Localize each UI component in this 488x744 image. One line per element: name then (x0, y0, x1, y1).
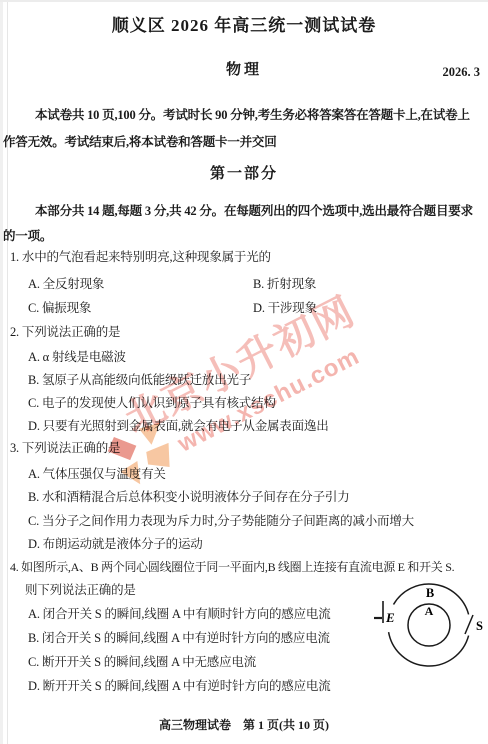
question-2-stem: 2. 下列说法正确的是 (10, 325, 120, 340)
question-1-option-c: C. 偏振现象 (28, 301, 91, 316)
question-1-option-b: B. 折射现象 (253, 277, 316, 292)
question-2-option-b: B. 氢原子从高能级向低能级跃迁放出光子 (28, 373, 251, 388)
source-e-label: E (385, 610, 395, 625)
page-title: 顺义区 2026 年高三统一测试试卷 (0, 16, 488, 36)
coil-a-label: A (425, 604, 434, 618)
question-1-stem: 1. 水中的气泡看起来特别明亮,这种现象属于光的 (10, 250, 271, 265)
exam-paper-page: 北京小升初网 www.xschu.com 顺义区 2026 年高三统一测试试卷 … (0, 0, 488, 744)
question-2-option-d: D. 只要有光照射到金属表面,就会有电子从金属表面逸出 (28, 419, 329, 434)
switch-blade (465, 615, 473, 634)
question-3-option-c: C. 当分子之间作用力表现为斥力时,分子势能随分子间距离的减小而增大 (28, 514, 414, 529)
question-2-option-a: A. α 射线是电磁波 (28, 350, 126, 365)
question-4-stem-line-2: 则下列说法正确的是 (25, 583, 136, 598)
question-1-option-d: D. 干涉现象 (253, 301, 317, 316)
question-4-option-b: B. 闭合开关 S 的瞬间,线圈 A 中有逆时针方向的感应电流 (28, 631, 330, 646)
question-2-option-c: C. 电子的发现使人们认识到原子具有核式结构 (28, 396, 276, 411)
section-heading: 第一部分 (0, 165, 488, 183)
question-1-option-a: A. 全反射现象 (28, 277, 104, 292)
intro-line-2: 作答无效。考试结束后,将本试卷和答题卡一并交回 (3, 135, 277, 150)
question-3-option-d: D. 布朗运动就是液体分子的运动 (28, 537, 203, 552)
section-desc-line-1: 本部分共 14 题,每题 3 分,共 42 分。在每题列出的四个选项中,选出最符… (3, 204, 473, 219)
scan-edge-top (0, 0, 488, 2)
question-4-option-c: C. 断开开关 S 的瞬间,线圈 A 中无感应电流 (28, 655, 256, 670)
exam-date: 2026. 3 (443, 65, 481, 80)
switch-s-label: S (476, 619, 483, 633)
subject-title: 物理 (0, 61, 488, 79)
intro-line-1: 本试卷共 10 页,100 分。考试时长 90 分钟,考生务必将答案答在答题卡上… (3, 108, 470, 123)
page-footer: 高三物理试卷 第 1 页(共 10 页) (0, 718, 488, 732)
question-3-option-b: B. 水和酒精混合后总体积变小说明液体分子间存在分子引力 (28, 490, 350, 505)
question-4-option-d: D. 断开开关 S 的瞬间,线圈 A 中有逆时针方向的感应电流 (28, 679, 331, 694)
question-4-stem-line-1: 4. 如图所示,A、B 两个同心圆线圈位于同一平面内,B 线圈上连接有直流电源 … (10, 560, 454, 574)
section-desc-line-2: 的一项。 (3, 229, 52, 244)
coil-b-label: B (426, 586, 434, 600)
question-3-stem: 3. 下列说法正确的是 (10, 441, 120, 456)
question-4-option-a: A. 闭合开关 S 的瞬间,线圈 A 中有顺时针方向的感应电流 (28, 607, 331, 622)
question-4-circuit-diagram: B A E S (366, 570, 488, 688)
question-3-option-a: A. 气体压强仅与温度有关 (28, 467, 166, 482)
